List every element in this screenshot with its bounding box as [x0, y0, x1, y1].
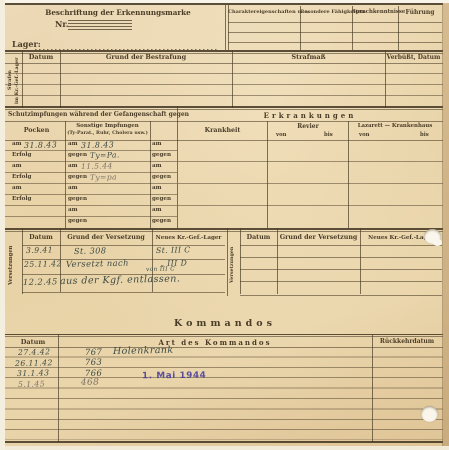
date-stamp: 1. Mai 1944	[142, 371, 206, 382]
erfolg-label: Erfolg	[12, 197, 31, 203]
handwritten-versetzung-grund: St. 308	[74, 246, 107, 255]
table-line	[372, 334, 373, 442]
handwritten-impf-type: Ty=Pa.	[90, 151, 120, 159]
fuehrung-header: Führung	[398, 10, 442, 16]
handwritten-impf-date2: 11.5.44	[81, 162, 113, 170]
scan-background-bottom	[0, 446, 449, 450]
handwritten-versetzung-datum: 12.2.45	[23, 277, 58, 286]
charakter-header: Charaktereigenschaften u. a.	[228, 10, 300, 15]
handwritten-kommando-datum: 27.4.42	[18, 348, 51, 356]
table-line	[240, 257, 442, 258]
header-row-line	[228, 42, 442, 43]
kommandos-datum-header: Datum	[8, 339, 58, 346]
erfolg-label: Erfolg	[12, 153, 31, 159]
header-row-line	[228, 22, 442, 23]
table-line	[240, 245, 442, 246]
card-top-edge	[5, 3, 443, 5]
table-line	[58, 334, 59, 442]
table-line	[240, 269, 442, 270]
rueckkehr-header: Rückkehrdatum	[372, 339, 442, 345]
lager-label: Lager:	[12, 40, 41, 48]
header-divider-line	[225, 5, 226, 50]
section-divider	[5, 334, 443, 336]
am-label: am	[152, 164, 162, 170]
gegen-label: gegen	[68, 153, 87, 159]
section-divider	[5, 228, 443, 230]
handwritten-kommando-nr: 468	[81, 378, 100, 387]
am-label: am	[12, 186, 22, 192]
am-label: am	[68, 186, 78, 192]
handwritten-kommando-datum: 26.11.42	[15, 359, 53, 368]
scan-background-left	[0, 0, 5, 450]
erkrankungen-title: Erkrankungen	[178, 112, 442, 119]
lazarett-von-label: von	[359, 133, 369, 138]
versetzung-datum-header: Datum	[22, 235, 60, 241]
strafen-datum-header: Datum	[22, 54, 60, 61]
versetzung-grund-header: Grund der Versetzung	[277, 235, 360, 241]
handwritten-kommando-datum: 5.1.45	[18, 380, 45, 388]
handwritten-versetzung-lager: St. III C	[156, 246, 191, 255]
strafen-empty-rows	[5, 63, 443, 106]
handwritten-kommando-nr: 763	[85, 359, 103, 368]
am-label: am	[152, 186, 162, 192]
table-line	[22, 292, 225, 293]
revier-von-label: von	[276, 133, 286, 138]
gegen-label: gegen	[68, 219, 87, 225]
sonstige-header: Sonstige Impfungen	[66, 124, 149, 130]
header-row-line	[228, 32, 442, 33]
versetzung-lager-header: Neues Kr.-Gef.-Lager	[152, 236, 225, 242]
table-line	[5, 121, 443, 122]
section-divider	[5, 336, 443, 337]
pocken-header: Pocken	[8, 128, 65, 134]
revier-header: Revier	[268, 124, 348, 130]
erkrankungen-row-lines	[178, 140, 443, 227]
handwritten-impf-date: 31.8.43	[81, 141, 115, 150]
handwritten-entlassen-entry: aus der Kgf. entlassen.	[60, 274, 181, 286]
strafmass-header: Strafmaß	[232, 54, 385, 61]
lazarett-header: Lazarett — Krankenhaus	[349, 124, 441, 129]
table-line	[240, 295, 442, 296]
kommandos-art-header: Art des Kommandos	[58, 339, 372, 346]
gegen-label: gegen	[152, 219, 171, 225]
handwritten-kommando-datum: 31.1.43	[17, 369, 50, 377]
handwritten-kommando-nr: 767	[85, 348, 103, 357]
am-label: am	[12, 164, 22, 170]
versetzungen-side-label: Versetzungen	[8, 236, 15, 294]
am-label: am	[68, 208, 78, 214]
erkennungsmarke-label: Beschriftung der Erkennungsmarke	[28, 9, 208, 16]
table-bottom-line	[5, 441, 443, 443]
pow-record-card: Beschriftung der Erkennungsmarke Nr. Cha…	[5, 3, 443, 446]
versetzung-datum-header: Datum	[240, 235, 277, 241]
am-label: am	[152, 208, 162, 214]
handwritten-kommando-name: Holenkrank	[113, 346, 174, 357]
handwritten-versetzung-datum: 25.11.42	[24, 260, 62, 269]
faehigkeiten-header: Besondere Fähigkeiten	[300, 10, 352, 15]
sprachen-header: Sprachkenntnisse	[352, 10, 398, 15]
punch-hole	[421, 406, 438, 422]
scan-background-right	[443, 0, 449, 450]
sonstige-subheader: (Ty-Parat., Ruhr, Cholera usw.)	[66, 132, 149, 137]
gegen-label: gegen	[152, 175, 171, 181]
gegen-label: gegen	[152, 197, 171, 203]
am-label: am	[68, 142, 78, 148]
versetzungen-side-label: Versetzungen	[229, 239, 235, 291]
am-label: am	[12, 142, 22, 148]
section-divider	[5, 106, 443, 108]
nr-label: Nr.	[55, 20, 69, 28]
lazarett-bis-label: bis	[420, 133, 429, 138]
gegen-label: gegen	[68, 175, 87, 181]
gegen-label: gegen	[152, 153, 171, 159]
verbuesst-header: Verbüßt, Datum	[385, 55, 442, 61]
section-divider	[5, 231, 443, 232]
section-divider	[5, 50, 443, 52]
nr-ruled-lines	[68, 20, 132, 31]
impfungen-title: Schutzimpfungen während der Gefangenscha…	[8, 112, 177, 118]
scanned-card-page: Beschriftung der Erkennungsmarke Nr. Cha…	[0, 0, 449, 450]
table-line	[240, 281, 442, 282]
section-divider	[5, 109, 443, 110]
versetzung-grund-header: Grund der Versetzung	[60, 235, 152, 241]
am-label: am	[68, 164, 78, 170]
handwritten-pocken-date: 31.8.43	[24, 141, 58, 150]
scan-background-top	[0, 0, 449, 3]
handwritten-kommando-nr: 766	[85, 369, 103, 378]
handwritten-versetzung-grund: Versetzt nach	[66, 259, 129, 269]
krankheit-header: Krankheit	[178, 128, 267, 134]
strafen-grund-header: Grund der Bestrafung	[60, 54, 232, 61]
kommandos-row-lines	[5, 347, 443, 440]
kommandos-title: Kommandos	[8, 319, 442, 329]
revier-bis-label: bis	[324, 133, 333, 138]
gegen-label: gegen	[68, 197, 87, 203]
am-label: am	[152, 142, 162, 148]
handwritten-impf-type2: Ty=pa	[90, 173, 117, 181]
handwritten-note: von III C	[146, 267, 175, 273]
handwritten-versetzung-datum: 3.9.41	[26, 246, 53, 254]
erfolg-label: Erfolg	[12, 175, 31, 181]
